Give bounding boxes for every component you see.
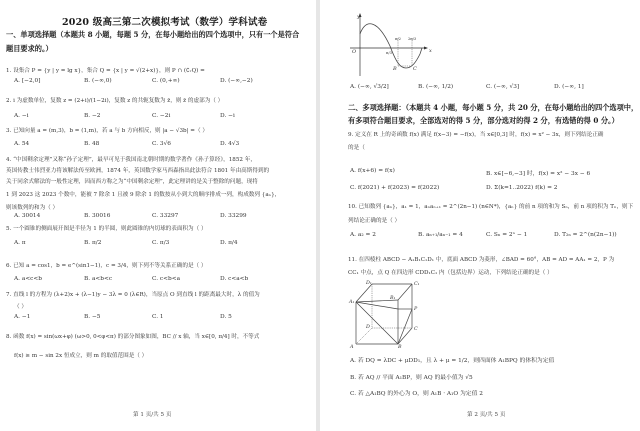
q5-option-c: C. π/3 (152, 240, 169, 246)
q6-option-d: D. c<a<b (220, 276, 248, 282)
svg-text:B: B (392, 66, 397, 72)
q6-option-b: B. a<b<c (84, 276, 112, 282)
q4-option-b: B. 30016 (84, 213, 110, 219)
q9-option-c: C. f(2021) + f(2023) = f(2022) (350, 185, 439, 191)
exam-page-2: y x O π/3 π/2 2π/3 B C A. (−∞, √3/2] B. … (320, 0, 640, 431)
section2-heading-line1: 二、多项选择题：（本题共 4 小题，每小题 5 分，共 20 分，在每小题给出的… (348, 101, 638, 115)
q1-option-b: B. (−∞,0) (84, 78, 112, 84)
question-7-line1: 7. 直线 l 的方程为 (λ+2)x + (λ−1)y − 3λ = 0 (λ… (6, 290, 260, 298)
svg-text:π/2: π/2 (395, 37, 401, 41)
q2-option-c: C. −2i (152, 113, 170, 119)
svg-text:C: C (413, 66, 417, 72)
question-9-line1: 9. 定义在 R 上的奇函数 f(x) 满足 f(x−3) = −f(x)，当 … (348, 130, 604, 138)
question-5-stem: 5. 一个圆锥的侧面展开图是半径为 1 的半圆，则此圆锥的内切球的表面积为（ ） (6, 224, 207, 232)
q4-option-c: C. 33297 (152, 213, 178, 219)
q6-option-c: C. c<b<a (152, 276, 180, 282)
question-4-line1: 4. “中国剩余定理”又称“孙子定理”，最早可见于我国南北朝时期的数学著作《孙子… (6, 155, 256, 163)
question-8-line1: 8. 函数 f(x) = sin(ωx+φ) (ω>0, 0<φ<π) 的部分图… (6, 332, 259, 340)
svg-text:π/3: π/3 (386, 51, 393, 55)
prism-figure: D₁ C₁ A₁ B₁ P D C A B (348, 278, 428, 348)
svg-text:P: P (413, 306, 418, 312)
exam-title: 2020 级高三第二次模拟考试（数学）学科试卷 (62, 14, 267, 28)
svg-text:B: B (397, 344, 402, 348)
question-4-line5: 则该数列的和为（ ） (6, 203, 58, 211)
q5-option-d: D. π/4 (220, 240, 238, 246)
question-6-stem: 6. 已知 a = cos1，b = e^(sin1−1)，c = 3/4，则下… (6, 261, 207, 269)
question-8-line2: f(x) ≥ m − sin 2x 恒成立，则 m 的取值范围是（ ） (14, 351, 147, 359)
q8-option-c: C. (−∞, √3] (486, 84, 519, 90)
graph-origin-label: O (352, 49, 356, 55)
question-11-line1: 11. 在四棱柱 ABCD − A₁B₁C₁D₁ 中，底面 ABCD 为菱形，∠… (348, 255, 614, 263)
q6-option-a: A. a<c<b (14, 276, 42, 282)
svg-text:A₁: A₁ (348, 299, 354, 305)
exam-page-1: 2020 级高三第二次模拟考试（数学）学科试卷 一、单项选择题（本题共 8 小题… (0, 0, 316, 431)
sine-graph-figure: y x O π/3 π/2 2π/3 B C (346, 10, 436, 80)
graph-x-label: x (429, 48, 432, 54)
page-1-footer: 第 1 页/共 5 页 (133, 410, 172, 418)
q1-option-d: D. (−∞,−2) (220, 78, 253, 84)
svg-text:D₁: D₁ (365, 280, 372, 286)
q9-option-b: B. x∈[−6,−3] 时，f(x) = x² − 3x − 6 (486, 168, 590, 177)
q8-option-b: B. (−∞, 1/2) (418, 84, 453, 90)
q7-option-b: B. −5 (84, 314, 101, 320)
graph-y-label: y (356, 14, 360, 20)
section1-heading-line2: 题目要求的。） (6, 42, 53, 56)
q3-option-d: D. 4√3 (220, 141, 239, 147)
question-10-line1: 10. 已知数列 {aₙ}，a₁ = 1，aₙaₙ₊₁ = 2^(2n−1) (… (348, 202, 633, 210)
question-11-line2: CC₁ 中点，点 Q 在四边形 CDD₁C₁ 内（包括边界）运动，下列结论正确的… (348, 268, 553, 276)
section2-heading-line2: 有多项符合题目要求，全部选对的得 5 分，部分选对的得 2 分，有选错的得 0 … (348, 114, 619, 128)
q4-option-a: A. 30014 (14, 213, 40, 219)
q3-option-b: B. 48 (84, 141, 99, 147)
svg-text:B₁: B₁ (389, 295, 396, 301)
page-2-footer: 第 2 页/共 5 页 (467, 410, 506, 418)
svg-text:D: D (365, 324, 370, 330)
q9-option-a: A. f(x+6) = f(x) (350, 168, 395, 174)
q10-option-b: B. aₙ₊₁/aₙ₋₁ = 4 (418, 232, 463, 238)
section1-heading-line1: 一、单项选择题（本题共 8 小题，每题 5 分，在每小题给出的四个选项中，只有一… (6, 28, 299, 42)
svg-text:A: A (349, 344, 354, 348)
svg-text:2π/3: 2π/3 (408, 37, 417, 41)
svg-text:C₁: C₁ (414, 281, 420, 287)
q2-option-a: A. −i (14, 113, 29, 119)
q11-option-a: A. 若 DQ = λDC + μDD₁，且 λ + μ = 1/2，则四面体 … (350, 355, 554, 364)
question-4-line4: 1 到 2023 这 2023 个数中，能被 7 除余 1 且被 9 除余 1 … (6, 190, 280, 198)
q1-option-c: C. (0,+∞) (152, 78, 180, 84)
q10-option-c: C. Sₙ = 2ⁿ − 1 (486, 232, 527, 238)
q2-option-b: B. −2 (84, 113, 101, 119)
q5-option-a: A. π (14, 240, 26, 246)
q1-option-a: A. [−2,0] (14, 78, 40, 84)
question-4-line2: 英国传教士伟烈亚力将该解法传至欧洲，1874 年，英国数学家马西森指出此法符合 … (6, 166, 269, 174)
q11-option-c: C. 若 △A₁BQ 的外心为 O，则 A₁B · A₁O 为定值 2 (350, 388, 483, 397)
q7-option-a: A. −1 (14, 314, 30, 320)
svg-text:C: C (414, 326, 418, 332)
q8-option-a: A. (−∞, √3/2] (350, 84, 389, 90)
q7-option-d: D. 5 (220, 314, 232, 320)
question-1-stem: 1. 设集合 P = {y | y = lg x}，集合 Q = {x | y … (6, 66, 205, 74)
q8-option-d: D. (−∞, 1] (554, 84, 584, 90)
q9-option-d: D. Σ(k=1..2022) f(k) = 2 (486, 185, 558, 191)
question-2-stem: 2. i 为虚数单位，复数 z = (2+i)/(1−2i)，复数 z 的共轭复… (6, 96, 223, 104)
q10-option-d: D. T₂ₙ = 2^(n(2n−1)) (554, 232, 617, 238)
question-10-line2: 列结论正确的是（ ） (348, 216, 400, 224)
q5-option-b: B. π/2 (84, 240, 101, 246)
q10-option-a: A. a₂ = 2 (350, 232, 376, 238)
question-4-line3: 关于同余式解法的一般性定理，因而西方称之为“中国剩余定理”，此定理讲的是关于整除… (6, 177, 258, 185)
question-7-line2: （ ） (14, 302, 27, 310)
q3-option-a: A. 54 (14, 141, 29, 147)
q11-option-b: B. 若 AQ // 平面 A₁BP，则 AQ 的最小值为 √5 (350, 372, 473, 381)
q2-option-d: D. −i (220, 113, 235, 119)
question-9-line2: 的是（ (348, 143, 365, 151)
q4-option-d: D. 33299 (220, 213, 247, 219)
q7-option-c: C. 1 (152, 314, 164, 320)
q3-option-c: C. 3√6 (152, 141, 171, 147)
question-3-stem: 3. 已知向量 a = (m,3)，b = (1,m)，若 a 与 b 方向相反… (6, 126, 208, 134)
